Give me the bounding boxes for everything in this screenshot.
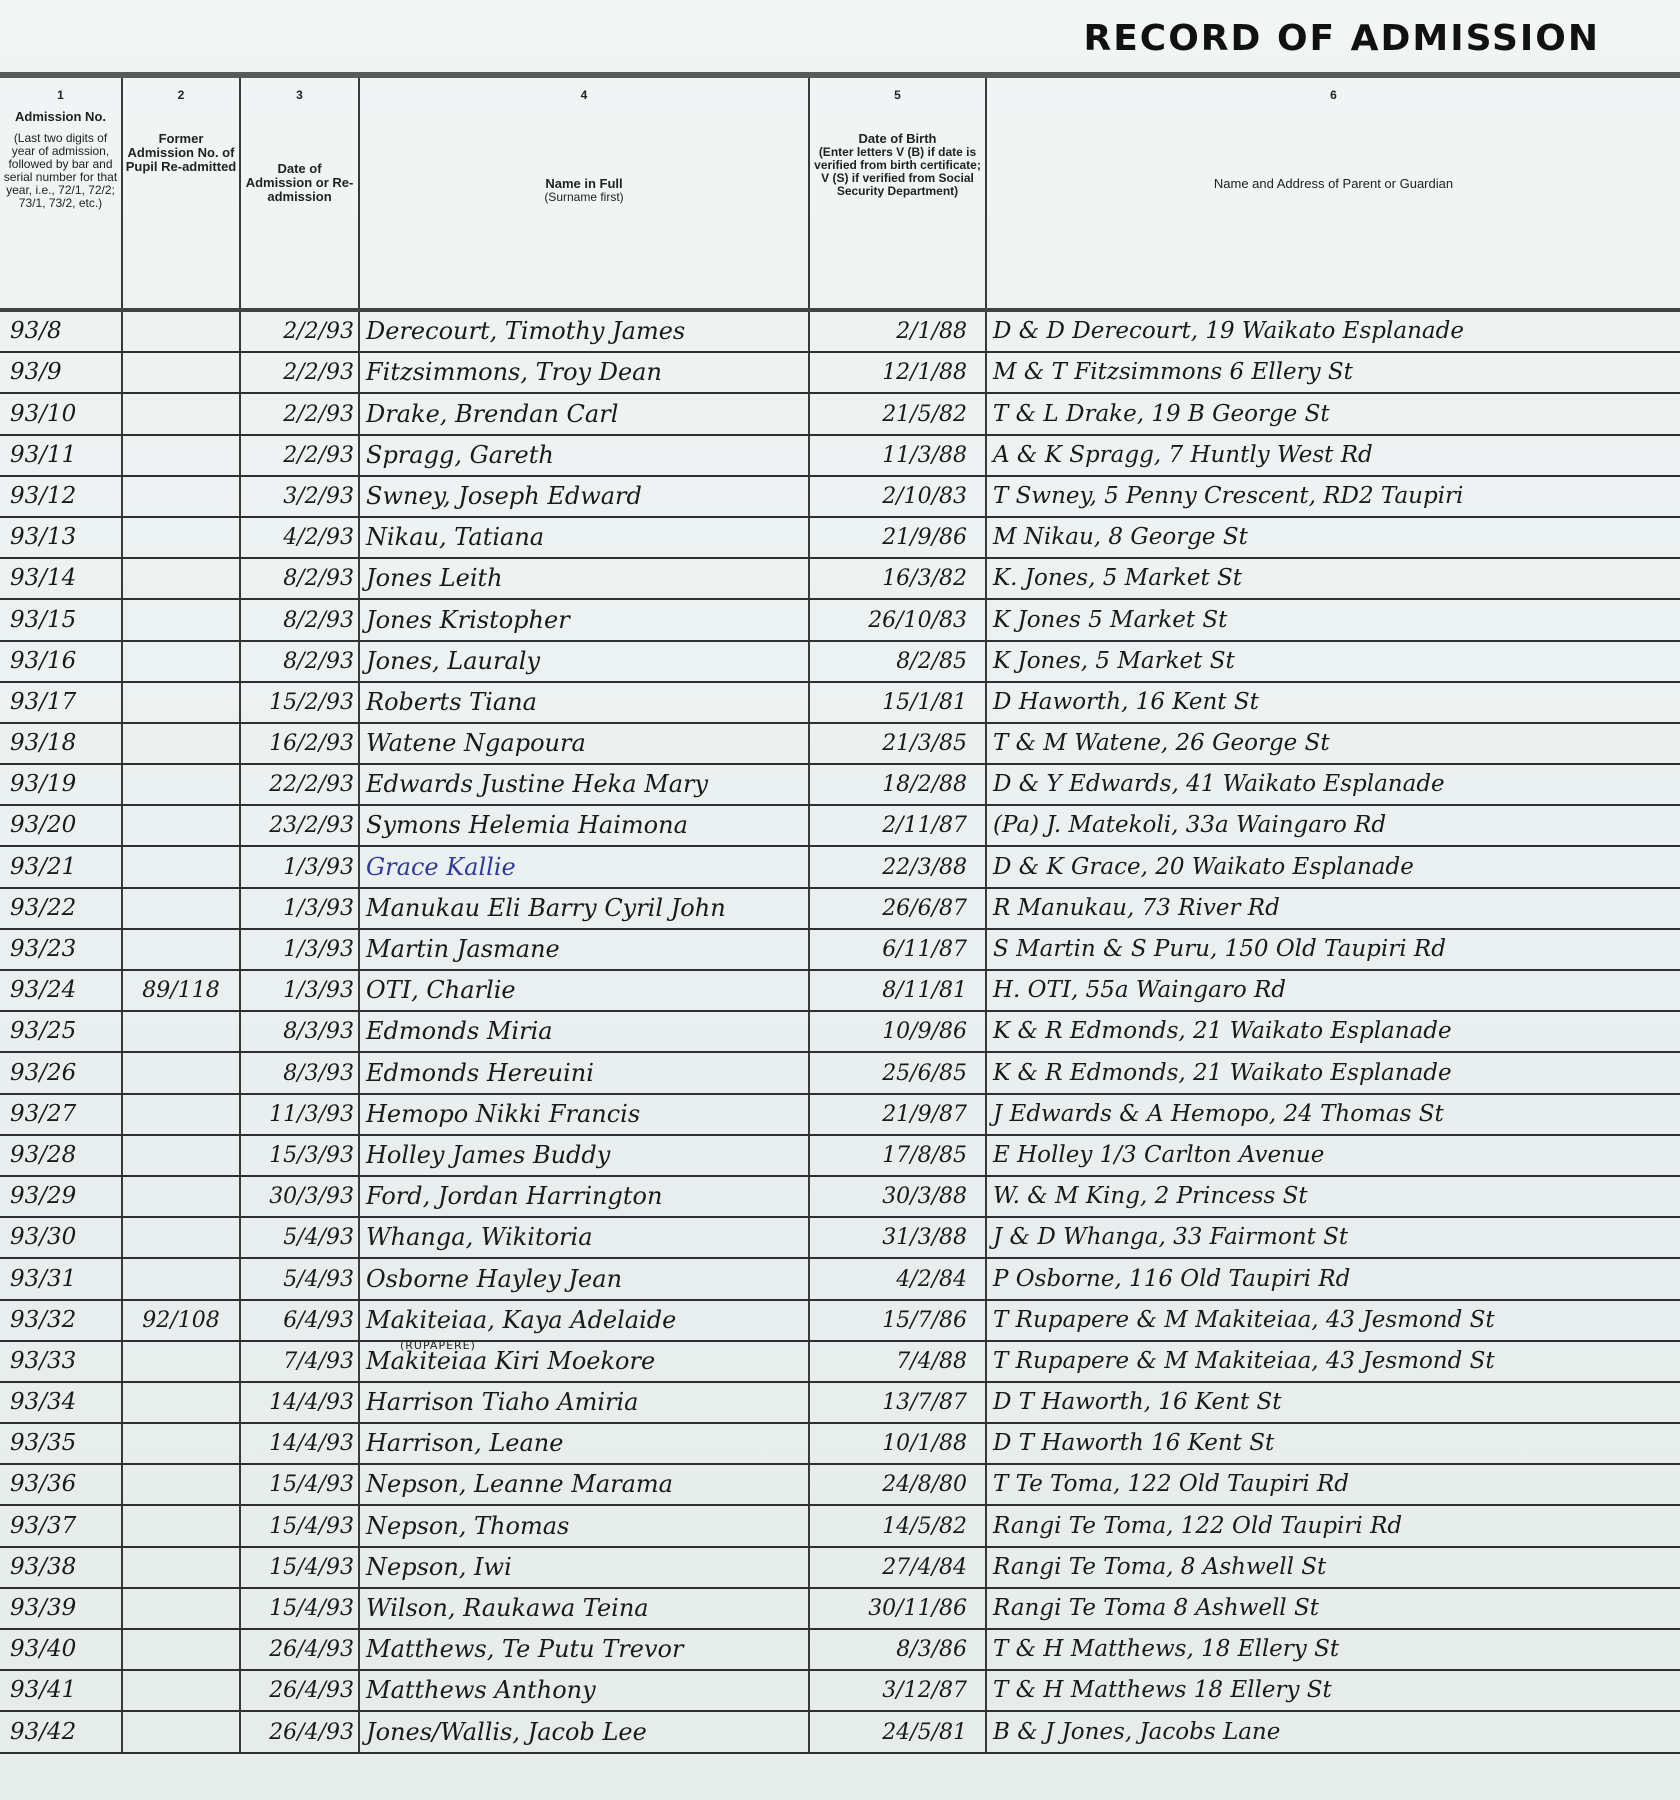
former-admission-cell [122,1011,240,1052]
admission-no-cell: 93/33 [0,1341,122,1382]
column-header-parent-guardian: 6 Name and Address of Parent or Guardian [986,78,1680,310]
parent-guardian-cell: (Pa) J. Matekoli, 33a Waingaro Rd [986,805,1680,846]
table-row: 93/221/3/93Manukau Eli Barry Cyril John2… [0,888,1680,929]
admission-date-cell: 26/4/93 [240,1629,359,1670]
former-admission-cell [122,846,240,887]
former-admission-cell [122,1094,240,1135]
admission-no-cell: 93/8 [0,310,122,352]
admission-date-cell: 7/4/93 [240,1341,359,1382]
former-admission-cell [122,517,240,558]
former-admission-cell [122,1341,240,1382]
parent-guardian-cell: S Martin & S Puru, 150 Old Taupiri Rd [986,929,1680,970]
admission-date-cell: 26/4/93 [240,1711,359,1752]
admission-no-cell: 93/40 [0,1629,122,1670]
parent-guardian-cell: D T Haworth, 16 Kent St [986,1382,1680,1423]
admission-no-cell: 93/29 [0,1176,122,1217]
table-row: 93/2711/3/93Hemopo Nikki Francis21/9/87J… [0,1094,1680,1135]
table-row: 93/3292/1086/4/93Makiteiaa, Kaya Adelaid… [0,1300,1680,1341]
pupil-name-cell: Hemopo Nikki Francis [359,1094,809,1135]
admission-no-cell: 93/10 [0,393,122,434]
table-row: 93/4026/4/93Matthews, Te Putu Trevor8/3/… [0,1629,1680,1670]
parent-guardian-cell: P Osborne, 116 Old Taupiri Rd [986,1258,1680,1299]
date-of-birth-cell: 26/6/87 [809,888,986,929]
date-of-birth-cell: 10/9/86 [809,1011,986,1052]
page-title: RECORD OF ADMISSION [1083,18,1600,59]
date-of-birth-cell: 21/3/85 [809,723,986,764]
admission-date-cell: 16/2/93 [240,723,359,764]
parent-guardian-cell: K Jones, 5 Market St [986,641,1680,682]
pupil-name-cell: Jones Leith [359,558,809,599]
parent-guardian-cell: Rangi Te Toma 8 Ashwell St [986,1588,1680,1629]
date-of-birth-cell: 21/9/87 [809,1094,986,1135]
parent-guardian-cell: T Rupapere & M Makiteiaa, 43 Jesmond St [986,1341,1680,1382]
date-of-birth-cell: 4/2/84 [809,1258,986,1299]
date-of-birth-cell: 11/3/88 [809,435,986,476]
admission-register-page: RECORD OF ADMISSION 1 Admission No. (Las… [0,0,1680,1800]
date-of-birth-cell: 31/3/88 [809,1217,986,1258]
admission-date-cell: 14/4/93 [240,1382,359,1423]
admission-date-cell: 15/3/93 [240,1135,359,1176]
former-admission-cell [122,1670,240,1711]
admission-date-cell: 8/3/93 [240,1011,359,1052]
pupil-name-cell: Jones, Lauraly [359,641,809,682]
table-row: 93/2930/3/93Ford, Jordan Harrington30/3/… [0,1176,1680,1217]
pupil-name-cell: Symons Helemia Haimona [359,805,809,846]
table-row: 93/1922/2/93Edwards Justine Heka Mary18/… [0,764,1680,805]
admission-date-cell: 1/3/93 [240,888,359,929]
former-admission-cell [122,393,240,434]
admission-date-cell: 2/2/93 [240,435,359,476]
former-admission-cell [122,435,240,476]
former-admission-cell [122,1052,240,1093]
pupil-name-cell: Wilson, Raukawa Teina [359,1588,809,1629]
table-row: 93/1816/2/93Watene Ngapoura21/3/85T & M … [0,723,1680,764]
date-of-birth-cell: 6/11/87 [809,929,986,970]
former-admission-cell [122,723,240,764]
admission-no-cell: 93/41 [0,1670,122,1711]
table-row: 93/337/4/93Makiteiaa Kiri Moekore(RUPAPE… [0,1341,1680,1382]
pupil-name-cell: Manukau Eli Barry Cyril John [359,888,809,929]
former-admission-cell [122,310,240,352]
date-of-birth-cell: 8/3/86 [809,1629,986,1670]
date-of-birth-cell: 15/1/81 [809,682,986,723]
admission-date-cell: 26/4/93 [240,1670,359,1711]
parent-guardian-cell: D & Y Edwards, 41 Waikato Esplanade [986,764,1680,805]
admission-no-cell: 93/35 [0,1423,122,1464]
table-row: 93/4226/4/93Jones/Wallis, Jacob Lee24/5/… [0,1711,1680,1752]
pupil-name-cell: Spragg, Gareth [359,435,809,476]
register-rows: 93/82/2/93Derecourt, Timothy James2/1/88… [0,310,1680,1753]
table-row: 93/3414/4/93Harrison Tiaho Amiria13/7/87… [0,1382,1680,1423]
former-admission-cell [122,1547,240,1588]
admission-no-cell: 93/37 [0,1505,122,1546]
table-row: 93/3815/4/93Nepson, Iwi27/4/84Rangi Te T… [0,1547,1680,1588]
admission-no-cell: 93/12 [0,476,122,517]
parent-guardian-cell: T & M Watene, 26 George St [986,723,1680,764]
admission-register-table: 1 Admission No. (Last two digits of year… [0,78,1680,1754]
column-header-date-of-admission: 3 Date of Admission or Re-admission [240,78,359,310]
admission-no-cell: 93/27 [0,1094,122,1135]
admission-no-cell: 93/30 [0,1217,122,1258]
admission-date-cell: 15/2/93 [240,682,359,723]
parent-guardian-cell: D Haworth, 16 Kent St [986,682,1680,723]
admission-date-cell: 8/3/93 [240,1052,359,1093]
pupil-name-cell: Whanga, Wikitoria [359,1217,809,1258]
date-of-birth-cell: 14/5/82 [809,1505,986,1546]
column-header-row: 1 Admission No. (Last two digits of year… [0,78,1680,310]
former-admission-cell [122,476,240,517]
former-admission-cell [122,929,240,970]
table-row: 93/268/3/93Edmonds Hereuini25/6/85K & R … [0,1052,1680,1093]
admission-date-cell: 1/3/93 [240,970,359,1011]
date-of-birth-cell: 2/11/87 [809,805,986,846]
admission-no-cell: 93/42 [0,1711,122,1752]
date-of-birth-cell: 15/7/86 [809,1300,986,1341]
former-admission-cell [122,1505,240,1546]
parent-guardian-cell: T & H Matthews 18 Ellery St [986,1670,1680,1711]
admission-date-cell: 1/3/93 [240,846,359,887]
admission-date-cell: 15/4/93 [240,1588,359,1629]
admission-no-cell: 93/34 [0,1382,122,1423]
pupil-name-cell: Edwards Justine Heka Mary [359,764,809,805]
pupil-name-cell: Nikau, Tatiana [359,517,809,558]
pupil-name-cell: Roberts Tiana [359,682,809,723]
parent-guardian-cell: K Jones 5 Market St [986,599,1680,640]
table-row: 93/211/3/93Grace Kallie22/3/88D & K Grac… [0,846,1680,887]
admission-no-cell: 93/17 [0,682,122,723]
admission-no-cell: 93/28 [0,1135,122,1176]
pupil-name-cell: Matthews, Te Putu Trevor [359,1629,809,1670]
parent-guardian-cell: T Swney, 5 Penny Crescent, RD2 Taupiri [986,476,1680,517]
former-admission-cell [122,1711,240,1752]
parent-guardian-cell: B & J Jones, Jacobs Lane [986,1711,1680,1752]
date-of-birth-cell: 21/5/82 [809,393,986,434]
admission-date-cell: 6/4/93 [240,1300,359,1341]
pupil-name-cell: Jones Kristopher [359,599,809,640]
table-row: 93/168/2/93Jones, Lauraly8/2/85K Jones, … [0,641,1680,682]
admission-no-cell: 93/15 [0,599,122,640]
pupil-name-cell: Nepson, Iwi [359,1547,809,1588]
admission-date-cell: 15/4/93 [240,1505,359,1546]
parent-guardian-cell: R Manukau, 73 River Rd [986,888,1680,929]
date-of-birth-cell: 26/10/83 [809,599,986,640]
table-row: 93/3514/4/93Harrison, Leane10/1/88D T Ha… [0,1423,1680,1464]
table-row: 93/315/4/93Osborne Hayley Jean4/2/84P Os… [0,1258,1680,1299]
table-row: 93/102/2/93Drake, Brendan Carl21/5/82T &… [0,393,1680,434]
date-of-birth-cell: 8/11/81 [809,970,986,1011]
parent-guardian-cell: A & K Spragg, 7 Huntly West Rd [986,435,1680,476]
pupil-name-cell: Derecourt, Timothy James [359,310,809,352]
former-admission-cell [122,888,240,929]
pupil-name-cell: Grace Kallie [359,846,809,887]
admission-date-cell: 5/4/93 [240,1258,359,1299]
pupil-name-cell: OTI, Charlie [359,970,809,1011]
table-row: 93/2815/3/93Holley James Buddy17/8/85E H… [0,1135,1680,1176]
table-row: 93/134/2/93Nikau, Tatiana21/9/86M Nikau,… [0,517,1680,558]
pupil-name-cell: Edmonds Hereuini [359,1052,809,1093]
parent-guardian-cell: H. OTI, 55a Waingaro Rd [986,970,1680,1011]
admission-no-cell: 93/16 [0,641,122,682]
table-row: 93/82/2/93Derecourt, Timothy James2/1/88… [0,310,1680,352]
pupil-name-cell: Makiteiaa, Kaya Adelaide [359,1300,809,1341]
parent-guardian-cell: Rangi Te Toma, 8 Ashwell St [986,1547,1680,1588]
pupil-name-cell: Makiteiaa Kiri Moekore(RUPAPERE) [359,1341,809,1382]
former-admission-cell: 89/118 [122,970,240,1011]
admission-date-cell: 4/2/93 [240,517,359,558]
admission-date-cell: 2/2/93 [240,352,359,393]
admission-date-cell: 2/2/93 [240,310,359,352]
table-row: 93/258/3/93Edmonds Miria10/9/86K & R Edm… [0,1011,1680,1052]
pupil-name-cell: Nepson, Thomas [359,1505,809,1546]
column-header-former-admission-no: 2 Former Admission No. of Pupil Re-admit… [122,78,240,310]
pupil-name-cell: Harrison Tiaho Amiria [359,1382,809,1423]
parent-guardian-cell: T & H Matthews, 18 Ellery St [986,1629,1680,1670]
admission-date-cell: 5/4/93 [240,1217,359,1258]
parent-guardian-cell: J Edwards & A Hemopo, 24 Thomas St [986,1094,1680,1135]
table-row: 93/2023/2/93Symons Helemia Haimona2/11/8… [0,805,1680,846]
admission-no-cell: 93/39 [0,1588,122,1629]
admission-date-cell: 15/4/93 [240,1464,359,1505]
date-of-birth-cell: 21/9/86 [809,517,986,558]
pupil-name-cell: Fitzsimmons, Troy Dean [359,352,809,393]
admission-no-cell: 93/19 [0,764,122,805]
former-admission-cell [122,1423,240,1464]
date-of-birth-cell: 18/2/88 [809,764,986,805]
former-admission-cell [122,764,240,805]
admission-no-cell: 93/11 [0,435,122,476]
table-row: 93/112/2/93Spragg, Gareth11/3/88A & K Sp… [0,435,1680,476]
admission-date-cell: 11/3/93 [240,1094,359,1135]
former-admission-cell [122,1464,240,1505]
table-row: 93/305/4/93Whanga, Wikitoria31/3/88J & D… [0,1217,1680,1258]
table-row: 93/4126/4/93Matthews Anthony3/12/87T & H… [0,1670,1680,1711]
date-of-birth-cell: 2/10/83 [809,476,986,517]
former-admission-cell [122,1629,240,1670]
parent-guardian-cell: M Nikau, 8 George St [986,517,1680,558]
admission-date-cell: 8/2/93 [240,599,359,640]
former-admission-cell [122,1176,240,1217]
date-of-birth-cell: 30/11/86 [809,1588,986,1629]
admission-no-cell: 93/9 [0,352,122,393]
pupil-name-cell: Martin Jasmane [359,929,809,970]
pupil-name-cell: Watene Ngapoura [359,723,809,764]
admission-date-cell: 23/2/93 [240,805,359,846]
pupil-name-cell: Ford, Jordan Harrington [359,1176,809,1217]
former-admission-cell [122,352,240,393]
column-header-date-of-birth: 5 Date of Birth (Enter letters V (B) if … [809,78,986,310]
date-of-birth-cell: 8/2/85 [809,641,986,682]
admission-date-cell: 8/2/93 [240,558,359,599]
parent-guardian-cell: D & D Derecourt, 19 Waikato Esplanade [986,310,1680,352]
former-admission-cell [122,641,240,682]
admission-date-cell: 1/3/93 [240,929,359,970]
admission-no-cell: 93/13 [0,517,122,558]
admission-no-cell: 93/22 [0,888,122,929]
parent-guardian-cell: D & K Grace, 20 Waikato Esplanade [986,846,1680,887]
table-row: 93/2489/1181/3/93OTI, Charlie8/11/81H. O… [0,970,1680,1011]
table-row: 93/3615/4/93Nepson, Leanne Marama24/8/80… [0,1464,1680,1505]
admission-no-cell: 93/26 [0,1052,122,1093]
parent-guardian-cell: K & R Edmonds, 21 Waikato Esplanade [986,1011,1680,1052]
admission-no-cell: 93/14 [0,558,122,599]
former-admission-cell [122,1217,240,1258]
parent-guardian-cell: K. Jones, 5 Market St [986,558,1680,599]
former-admission-cell [122,599,240,640]
pupil-name-cell: Edmonds Miria [359,1011,809,1052]
parent-guardian-cell: J & D Whanga, 33 Fairmont St [986,1217,1680,1258]
admission-no-cell: 93/24 [0,970,122,1011]
date-of-birth-cell: 27/4/84 [809,1547,986,1588]
date-of-birth-cell: 30/3/88 [809,1176,986,1217]
admission-no-cell: 93/23 [0,929,122,970]
pupil-name-cell: Holley James Buddy [359,1135,809,1176]
table-row: 93/148/2/93Jones Leith16/3/82K. Jones, 5… [0,558,1680,599]
date-of-birth-cell: 2/1/88 [809,310,986,352]
table-row: 93/3915/4/93Wilson, Raukawa Teina30/11/8… [0,1588,1680,1629]
date-of-birth-cell: 24/8/80 [809,1464,986,1505]
table-row: 93/158/2/93Jones Kristopher26/10/83K Jon… [0,599,1680,640]
parent-guardian-cell: Rangi Te Toma, 122 Old Taupiri Rd [986,1505,1680,1546]
parent-guardian-cell: W. & M King, 2 Princess St [986,1176,1680,1217]
admission-date-cell: 3/2/93 [240,476,359,517]
pupil-name-cell: Harrison, Leane [359,1423,809,1464]
date-of-birth-cell: 17/8/85 [809,1135,986,1176]
admission-no-cell: 93/25 [0,1011,122,1052]
admission-no-cell: 93/18 [0,723,122,764]
parent-guardian-cell: T & L Drake, 19 B George St [986,393,1680,434]
parent-guardian-cell: T Te Toma, 122 Old Taupiri Rd [986,1464,1680,1505]
admission-date-cell: 22/2/93 [240,764,359,805]
date-of-birth-cell: 16/3/82 [809,558,986,599]
table-row: 93/92/2/93Fitzsimmons, Troy Dean12/1/88M… [0,352,1680,393]
admission-date-cell: 8/2/93 [240,641,359,682]
parent-guardian-cell: T Rupapere & M Makiteiaa, 43 Jesmond St [986,1300,1680,1341]
pupil-name-cell: Osborne Hayley Jean [359,1258,809,1299]
table-row: 93/1715/2/93Roberts Tiana15/1/81D Hawort… [0,682,1680,723]
pupil-name-cell: Matthews Anthony [359,1670,809,1711]
pupil-name-cell: Drake, Brendan Carl [359,393,809,434]
parent-guardian-cell: E Holley 1/3 Carlton Avenue [986,1135,1680,1176]
admission-date-cell: 15/4/93 [240,1547,359,1588]
former-admission-cell [122,1135,240,1176]
former-admission-cell [122,558,240,599]
pupil-name-cell: Nepson, Leanne Marama [359,1464,809,1505]
admission-date-cell: 14/4/93 [240,1423,359,1464]
admission-no-cell: 93/21 [0,846,122,887]
former-admission-cell [122,682,240,723]
former-admission-cell: 92/108 [122,1300,240,1341]
date-of-birth-cell: 3/12/87 [809,1670,986,1711]
date-of-birth-cell: 7/4/88 [809,1341,986,1382]
admission-no-cell: 93/20 [0,805,122,846]
parent-guardian-cell: M & T Fitzsimmons 6 Ellery St [986,352,1680,393]
admission-no-cell: 93/31 [0,1258,122,1299]
former-admission-cell [122,805,240,846]
date-of-birth-cell: 10/1/88 [809,1423,986,1464]
admission-date-cell: 30/3/93 [240,1176,359,1217]
table-row: 93/3715/4/93Nepson, Thomas14/5/82Rangi T… [0,1505,1680,1546]
date-of-birth-cell: 12/1/88 [809,352,986,393]
admission-no-cell: 93/38 [0,1547,122,1588]
table-row: 93/123/2/93Swney, Joseph Edward2/10/83T … [0,476,1680,517]
table-row: 93/231/3/93Martin Jasmane6/11/87S Martin… [0,929,1680,970]
date-of-birth-cell: 13/7/87 [809,1382,986,1423]
column-header-admission-no: 1 Admission No. (Last two digits of year… [0,78,122,310]
admission-no-cell: 93/36 [0,1464,122,1505]
former-admission-cell [122,1258,240,1299]
pupil-name-cell: Jones/Wallis, Jacob Lee [359,1711,809,1752]
name-annotation: (RUPAPERE) [400,1340,476,1352]
parent-guardian-cell: D T Haworth 16 Kent St [986,1423,1680,1464]
date-of-birth-cell: 22/3/88 [809,846,986,887]
pupil-name-cell: Swney, Joseph Edward [359,476,809,517]
date-of-birth-cell: 25/6/85 [809,1052,986,1093]
former-admission-cell [122,1382,240,1423]
parent-guardian-cell: K & R Edmonds, 21 Waikato Esplanade [986,1052,1680,1093]
column-header-name-in-full: 4 Name in Full (Surname first) [359,78,809,310]
former-admission-cell [122,1588,240,1629]
admission-date-cell: 2/2/93 [240,393,359,434]
date-of-birth-cell: 24/5/81 [809,1711,986,1752]
admission-no-cell: 93/32 [0,1300,122,1341]
